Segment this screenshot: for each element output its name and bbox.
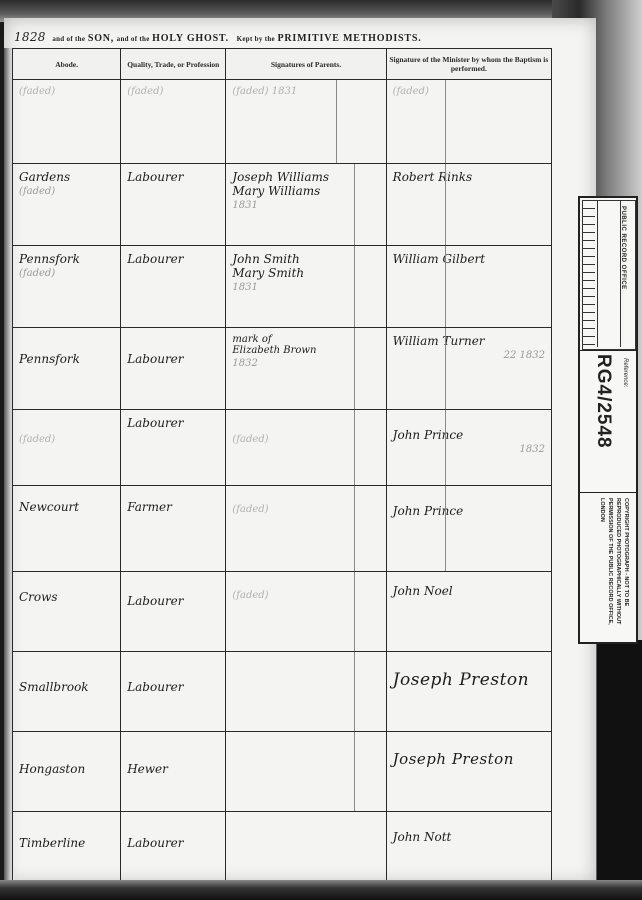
table-row: Hongaston Hewer Joseph Preston [13, 732, 552, 812]
parents-cell: (faded) [226, 486, 385, 521]
register-page: 1828 and of the SON, and of the HOLY GHO… [4, 18, 596, 884]
table-row: Crows Labourer (faded) John Noel [13, 572, 552, 652]
parents-cell [226, 652, 385, 664]
minister-cell: John Nott [387, 812, 551, 850]
column-header-trade: Quality, Trade, or Profession [121, 49, 226, 80]
abode-cell: Crows [13, 572, 120, 610]
minister-cell: John Noel [387, 572, 551, 604]
parents-cell: (faded) 1831 [226, 80, 385, 103]
scale-ruler [582, 200, 636, 350]
trade-cell: Labourer [121, 164, 225, 190]
denomination: PRIMITIVE METHODISTS. [278, 33, 422, 44]
minister-cell: William Turner22 1832 [387, 328, 551, 367]
scan-shadow-bottom [0, 880, 642, 900]
column-header-minister: Signature of the Minister by whom the Ba… [386, 49, 551, 80]
trade-cell: Labourer [121, 652, 225, 700]
minister-cell: John Prince1832 [387, 410, 551, 461]
trade-cell: Labourer [121, 246, 225, 272]
abode-cell: Newcourt [13, 486, 120, 520]
office-name: PUBLIC RECORD OFFICE [620, 206, 626, 290]
header-year: 1828 [14, 30, 46, 44]
trade-cell: Labourer [121, 328, 225, 372]
minister-cell: William Gilbert [387, 246, 551, 272]
abode-cell: Pennsfork [13, 328, 120, 372]
table-row: Timberline Labourer John Nott [13, 812, 552, 888]
parents-cell [226, 732, 385, 744]
parents-cell: Joseph WilliamsMary Williams1831 [226, 164, 385, 217]
trade-cell: Labourer [121, 410, 225, 436]
abode-cell: Timberline [13, 812, 120, 856]
abode-cell: Gardens(faded) [13, 164, 120, 203]
reference-code: RG4/2548 [592, 354, 614, 449]
ruler-grid [597, 201, 621, 347]
trade-cell: Hewer [121, 732, 225, 782]
trade-cell: Labourer [121, 572, 225, 614]
abode-cell: (faded) [13, 410, 120, 451]
table-row: Gardens(faded) Labourer Joseph WilliamsM… [13, 164, 552, 246]
column-header-abode: Abode. [13, 49, 121, 80]
minister-cell: John Prince [387, 486, 551, 524]
parents-cell [226, 812, 385, 824]
table-header-row: Abode. Quality, Trade, or Profession Sig… [13, 49, 552, 80]
parents-cell: (faded) [226, 572, 385, 607]
reference-word: Reference: [622, 358, 628, 387]
scan-background-lower-right [597, 640, 642, 900]
abode-cell: Hongaston [13, 732, 120, 782]
parents-cell: (faded) [226, 410, 385, 451]
abode-cell: (faded) [13, 80, 120, 103]
copyright-notice: COPYRIGHT PHOTOGRAPH - NOT TO BE REPRODU… [586, 498, 630, 638]
table-row: Pennsfork Labourer mark ofElizabeth Brow… [13, 328, 552, 410]
trade-cell: (faded) [121, 80, 225, 103]
table-row: (faded) (faded) (faded) 1831 (faded) [13, 80, 552, 164]
parents-cell: mark ofElizabeth Brown1832 [226, 328, 385, 375]
parents-cell: John SmithMary Smith1831 [226, 246, 385, 299]
trade-cell: Labourer [121, 812, 225, 856]
minister-cell: (faded) [387, 80, 551, 103]
baptism-register-table: Abode. Quality, Trade, or Profession Sig… [12, 48, 552, 888]
column-header-parents: Signatures of Parents. [226, 49, 386, 80]
abode-cell: Smallbrook [13, 652, 120, 700]
table-row: Newcourt Farmer (faded) John Prince [13, 486, 552, 572]
page-header: 1828 and of the SON, and of the HOLY GHO… [14, 30, 554, 46]
public-record-office-reference-label: PUBLIC RECORD OFFICE Reference: RG4/2548… [578, 196, 638, 644]
abode-cell: Pennsfork(faded) [13, 246, 120, 285]
minister-cell: Robert Rinks [387, 164, 551, 190]
table-row: Pennsfork(faded) Labourer John SmithMary… [13, 246, 552, 328]
table-row: Smallbrook Labourer Joseph Preston [13, 652, 552, 732]
minister-cell: Joseph Preston [387, 652, 551, 696]
table-row: (faded) Labourer (faded) John Prince1832 [13, 410, 552, 486]
trade-cell: Farmer [121, 486, 225, 520]
minister-cell: Joseph Preston [387, 732, 551, 774]
